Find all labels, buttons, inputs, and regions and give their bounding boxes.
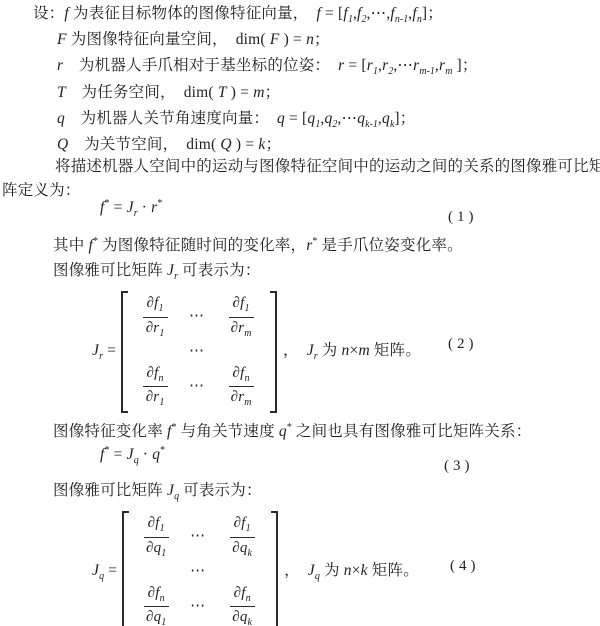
paragraph-intro-line2: 阵定义为： bbox=[2, 181, 81, 201]
paragraph-jr-intro: 图像雅可比矩阵 Jr 可表示为： bbox=[53, 261, 261, 283]
matrix-cell-frac: ∂fn∂r1 bbox=[143, 364, 168, 410]
jacobian-matrix-jq: ∂f1∂q1 ⋯ ∂f1∂qk ⋯ ∂fn∂q1 ⋯ ∂fn∂qk bbox=[131, 511, 269, 626]
matrix-cell-frac: ∂fn∂qk bbox=[230, 584, 255, 626]
document-page: 设：f 为表征目标物体的图像特征向量， f = [f1,f2,⋯,fn-1,fn… bbox=[0, 0, 600, 626]
matrix-cell-frac: ∂f1∂r1 bbox=[143, 294, 168, 340]
matrix-dots: ⋯ bbox=[189, 307, 205, 327]
matrix-right-bracket bbox=[271, 511, 278, 626]
paragraph-fq-relation: 图像特征变化率 f* 与角关节速度 q* 之间也具有图像雅可比矩阵关系： bbox=[53, 421, 531, 442]
definition-line-F: F 为图像特征向量空间， dim( F ) = n； bbox=[57, 30, 330, 50]
equation-1: f* = Jr · r* bbox=[100, 197, 162, 220]
matrix-dots: ⋯ bbox=[190, 597, 206, 617]
paragraph-jq-intro: 图像雅可比矩阵 Jq 可表示为： bbox=[53, 481, 262, 503]
matrix-cell-frac: ∂f1∂rm bbox=[229, 294, 254, 340]
equation-1-number: (1) bbox=[448, 208, 478, 228]
matrix-dots: ⋯ bbox=[189, 342, 205, 362]
definition-line-f: 设：f 为表征目标物体的图像特征向量， f = [f1,f2,⋯,fn-1,fn… bbox=[33, 4, 443, 26]
matrix-dots: ⋯ bbox=[190, 527, 206, 547]
matrix-left-bracket bbox=[121, 291, 128, 413]
equation-2-number: (2) bbox=[448, 335, 478, 355]
matrix-cell-frac: ∂fn∂q1 bbox=[144, 584, 169, 626]
matrix-dots: ⋯ bbox=[190, 562, 206, 582]
equation-4: Jq = ∂f1∂q1 ⋯ ∂f1∂qk ⋯ ∂fn∂q1 ⋯ ∂fn∂qk ，… bbox=[92, 511, 419, 626]
equation-3-number: (3) bbox=[444, 457, 474, 477]
definition-line-r: r 为机器人手爪相对于基坐标的位姿： r = [r1,r2,⋯rm-1,rm ]… bbox=[57, 56, 478, 78]
paragraph-intro-line1: 将描述机器人空间中的运动与图像特征空间中的运动之间的关系的图像雅可比矩 bbox=[55, 157, 600, 177]
matrix-dots: ⋯ bbox=[189, 377, 205, 397]
matrix-right-bracket bbox=[270, 291, 277, 413]
equation-3: f* = Jq · q* bbox=[100, 444, 165, 467]
paragraph-explain-rates: 其中 f* 为图像特征随时间的变化率，r* 是手爪位姿变化率。 bbox=[53, 235, 463, 256]
matrix-cell-frac: ∂f1∂q1 bbox=[144, 514, 169, 560]
equation-4-lhs: Jq = bbox=[92, 561, 117, 583]
matrix-left-bracket bbox=[122, 511, 129, 626]
equation-4-number: (4) bbox=[450, 557, 480, 577]
equation-2: Jr = ∂f1∂r1 ⋯ ∂f1∂rm ⋯ ∂fn∂r1 ⋯ ∂fn∂rm ，… bbox=[92, 291, 421, 413]
jacobian-matrix-jr: ∂f1∂r1 ⋯ ∂f1∂rm ⋯ ∂fn∂r1 ⋯ ∂fn∂rm bbox=[130, 291, 268, 413]
definition-line-Q: Q 为关节空间， dim( Q ) = k； bbox=[57, 135, 281, 155]
equation-4-note: ， Jq 为 n×k 矩阵。 bbox=[284, 561, 419, 583]
definition-line-q: q 为机器人关节角速度向量： q = [q1,q2,⋯qk-1,qk]； bbox=[57, 109, 415, 131]
matrix-cell-frac: ∂fn∂rm bbox=[229, 364, 254, 410]
matrix-cell-frac: ∂f1∂qk bbox=[230, 514, 255, 560]
equation-2-lhs: Jr = bbox=[92, 341, 116, 363]
definition-line-T: T 为任务空间， dim( T ) = m； bbox=[57, 83, 280, 103]
equation-2-note: ， Jr 为 n×m 矩阵。 bbox=[283, 341, 421, 363]
